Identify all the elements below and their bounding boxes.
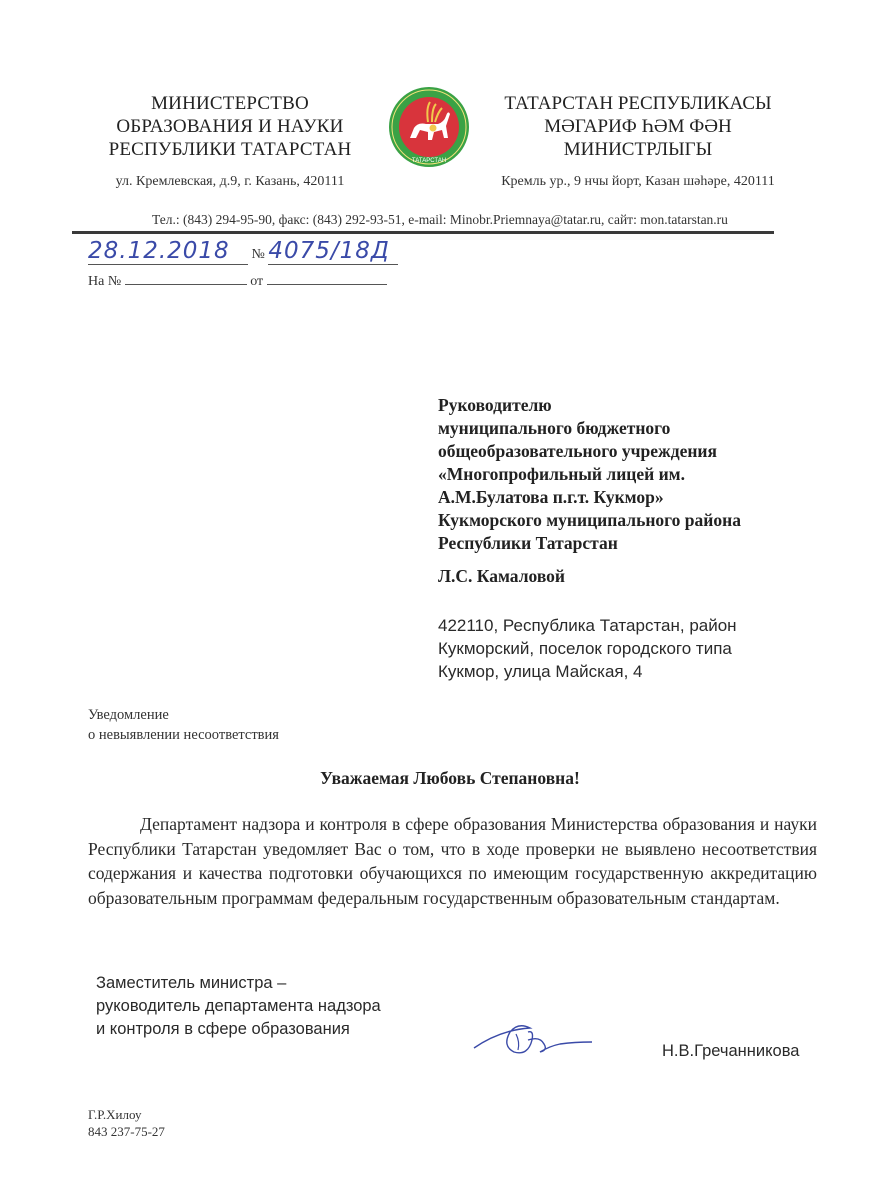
recipient-line: общеобразовательного учреждения — [438, 440, 741, 463]
subject-line: Уведомление — [88, 705, 279, 725]
recipient-name: Л.С. Камаловой — [438, 566, 565, 587]
recipient-line: А.М.Булатова п.г.т. Кукмор» — [438, 486, 741, 509]
ministry-address-russian: ул. Кремлевская, д.9, г. Казань, 420111 — [80, 174, 380, 190]
ministry-name-line: ОБРАЗОВАНИЯ И НАУКИ — [80, 115, 380, 138]
address-line: Кукморский, поселок городского типа — [438, 637, 737, 660]
ministry-name-russian: МИНИСТЕРСТВО ОБРАЗОВАНИЯ И НАУКИ РЕСПУБЛ… — [80, 92, 380, 161]
reply-to-blank — [125, 272, 247, 285]
recipient-line: Республики Татарстан — [438, 532, 741, 555]
position-line: руководитель департамента надзора — [96, 995, 381, 1018]
ministry-name-line: ТАТАРСТАН РЕСПУБЛИКАСЫ — [478, 92, 798, 115]
position-line: Заместитель министра – — [96, 972, 381, 995]
ministry-name-line: МИНИСТЕРСТВО — [80, 92, 380, 115]
signer-position: Заместитель министра – руководитель депа… — [96, 972, 381, 1041]
letter-body: Департамент надзора и контроля в сфере о… — [88, 812, 817, 910]
reply-to-label: На № — [88, 274, 121, 289]
executor-name: Г.Р.Хилоу — [88, 1106, 165, 1123]
from-label: от — [250, 274, 263, 289]
recipient-address: 422110, Республика Татарстан, район Кукм… — [438, 614, 737, 683]
position-line: и контроля в сфере образования — [96, 1018, 381, 1041]
ministry-name-line: РЕСПУБЛИКИ ТАТАРСТАН — [80, 138, 380, 161]
recipient-line: муниципального бюджетного — [438, 417, 741, 440]
header-divider — [72, 231, 774, 234]
tatarstan-emblem-icon: ТАТАРСТАН — [388, 86, 470, 168]
registration-block: 28.12.2018 № 4075/18Д На № от — [88, 238, 398, 290]
signer-name: Н.В.Гречанникова — [662, 1042, 799, 1061]
svg-text:ТАТАРСТАН: ТАТАРСТАН — [412, 158, 446, 164]
address-line: 422110, Республика Татарстан, район — [438, 614, 737, 637]
ministry-name-tatar: ТАТАРСТАН РЕСПУБЛИКАСЫ МӘГАРИФ ҺӘМ ФӘН М… — [478, 92, 798, 161]
address-line: Кукмор, улица Майская, 4 — [438, 660, 737, 683]
recipient-line: Кукморского муниципального района — [438, 509, 741, 532]
greeting: Уважаемая Любовь Степановна! — [80, 768, 820, 789]
executor-block: Г.Р.Хилоу 843 237-75-27 — [88, 1106, 165, 1140]
from-blank — [267, 272, 387, 285]
handwritten-signature-icon — [470, 1010, 600, 1065]
executor-phone: 843 237-75-27 — [88, 1123, 165, 1140]
registration-number: 4075/18Д — [268, 238, 398, 265]
recipient-line: «Многопрофильный лицей им. — [438, 463, 741, 486]
subject-block: Уведомление о невыявлении несоответствия — [88, 705, 279, 745]
contacts-line: Тел.: (843) 294-95-90, факс: (843) 292-9… — [80, 212, 800, 228]
recipient-line: Руководителю — [438, 394, 741, 417]
registration-date: 28.12.2018 — [88, 238, 248, 265]
ministry-name-line: МӘГАРИФ ҺӘМ ФӘН — [478, 115, 798, 138]
number-label: № — [252, 247, 265, 262]
ministry-address-tatar: Кремль ур., 9 нчы йорт, Казан шәһәре, 42… — [478, 174, 798, 190]
recipient-block: Руководителю муниципального бюджетного о… — [438, 394, 741, 555]
subject-line: о невыявлении несоответствия — [88, 725, 279, 745]
ministry-name-line: МИНИСТРЛЫГЫ — [478, 138, 798, 161]
